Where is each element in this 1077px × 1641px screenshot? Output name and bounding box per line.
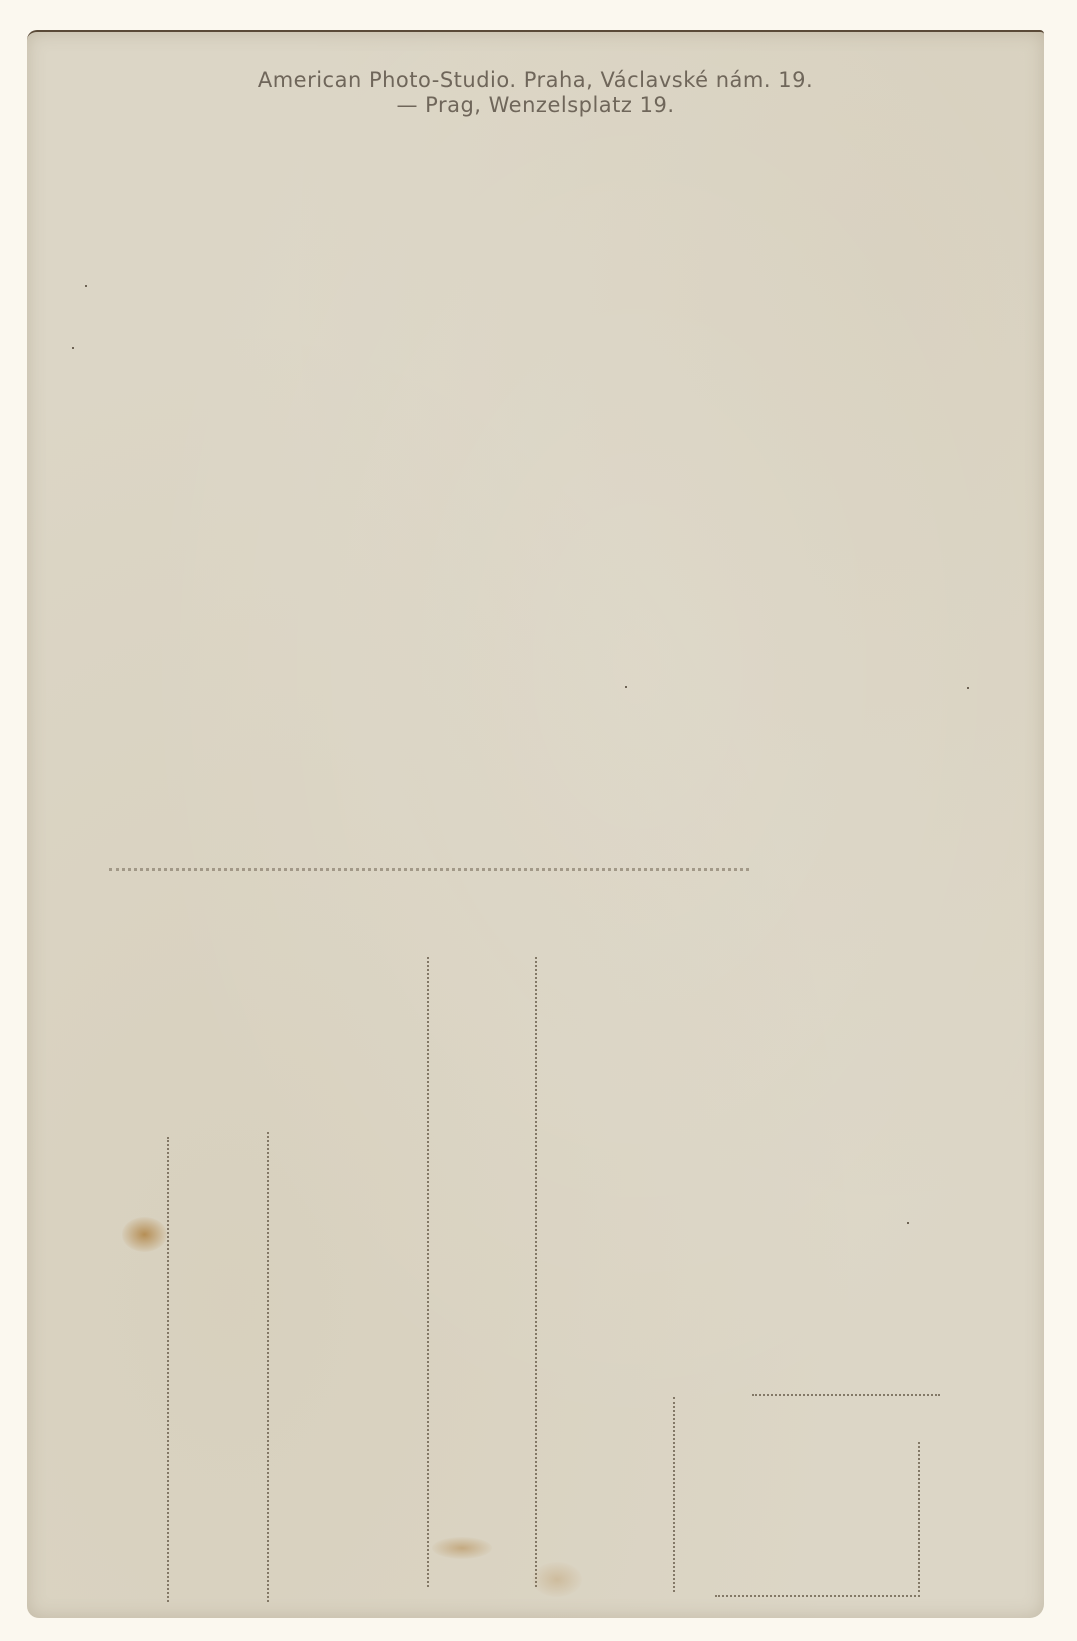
speck [85,285,87,287]
imprint-line-1: American Photo-Studio. Praha, Václavské … [258,68,813,92]
stamp-box-bottom [715,1595,920,1597]
horizontal-divider-rule [109,868,749,871]
stamp-box-top [752,1394,940,1396]
speck [967,687,969,689]
address-rule-3 [427,957,429,1587]
speck [625,686,627,688]
postcard-back: American Photo-Studio. Praha, Václavské … [27,30,1044,1618]
address-rule-4 [535,957,537,1587]
stain-bottom [432,1537,492,1559]
stain-left [122,1217,167,1252]
stamp-box-right [918,1442,920,1592]
address-rule-2 [267,1132,269,1602]
address-rule-1 [167,1137,169,1602]
imprint-line-2: — Prag, Wenzelsplatz 19. [27,93,1044,118]
studio-imprint: American Photo-Studio. Praha, Václavské … [27,68,1044,118]
stain-bottom-2 [532,1562,582,1597]
speck [72,347,74,349]
speck [907,1222,909,1224]
address-rule-5 [673,1397,675,1592]
